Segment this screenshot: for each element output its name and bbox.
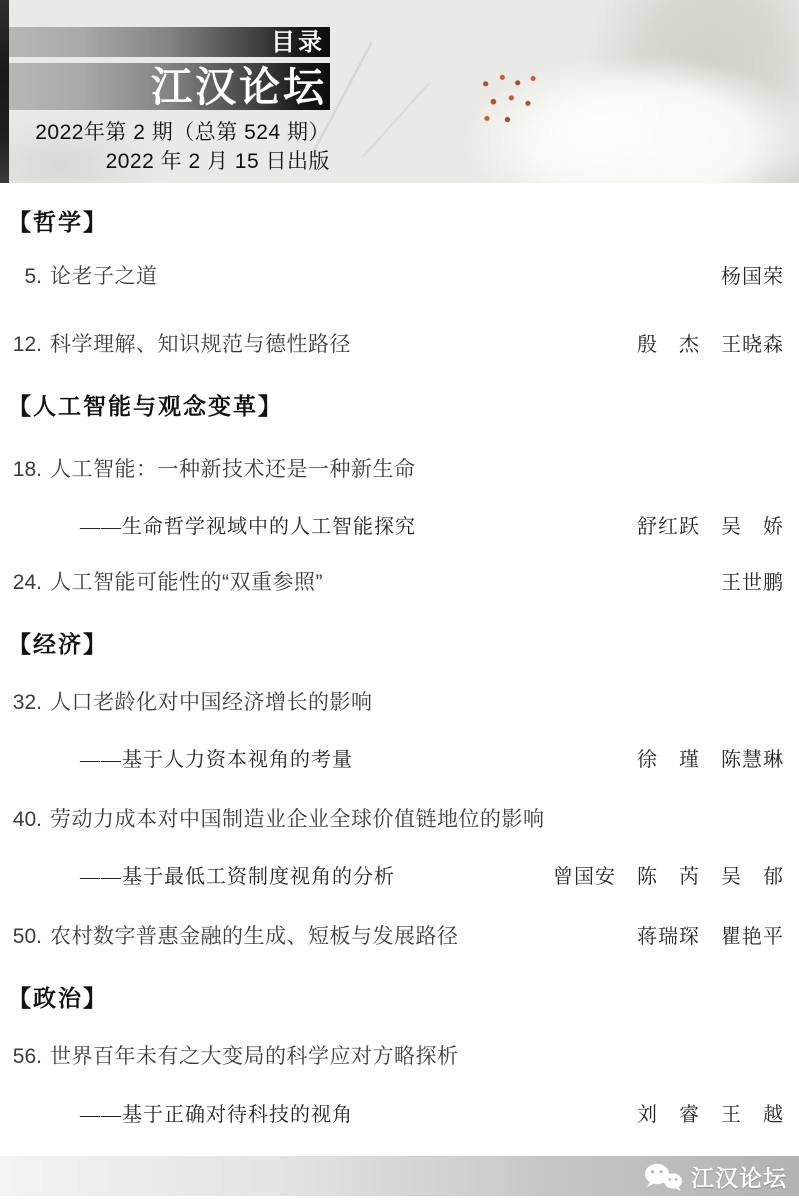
entry-page-number: 32. bbox=[8, 691, 42, 715]
toc-entry: 32. 人口老龄化对中国经济增长的影响 bbox=[8, 686, 784, 716]
journal-toc-page: 目录 江汉论坛 2022年第 2 期（总第 524 期） 2022 年 2 月 … bbox=[0, 0, 799, 1202]
wechat-icon bbox=[642, 1161, 684, 1193]
entry-subtitle: ——生命哲学视域中的人工智能探究 bbox=[80, 510, 416, 539]
publish-date: 2022 年 2 月 15 日出版 bbox=[9, 145, 330, 175]
entry-title: 农村数字普惠金融的生成、短板与发展路径 bbox=[50, 920, 459, 950]
journal-header: 目录 江汉论坛 2022年第 2 期（总第 524 期） 2022 年 2 月 … bbox=[0, 0, 799, 183]
entry-authors: 蒋瑞琛 瞿艳平 bbox=[637, 920, 784, 949]
entry-title: 人工智能：一种新技术还是一种新生命 bbox=[50, 453, 416, 483]
entry-authors: 王世鹏 bbox=[721, 566, 784, 595]
brand-name: 江汉论坛 bbox=[691, 1160, 787, 1193]
toc-banner: 目录 bbox=[9, 27, 330, 57]
entry-page-number: 5. bbox=[8, 265, 42, 289]
page-edge-shadow bbox=[0, 0, 9, 183]
entry-authors: 徐 瑾 陈慧琳 bbox=[637, 743, 784, 772]
entry-authors: 杨国荣 bbox=[721, 260, 784, 289]
stamen-dots bbox=[478, 72, 542, 126]
watercolor-branch-stroke bbox=[362, 82, 430, 158]
entry-title: 科学理解、知识规范与德性路径 bbox=[50, 328, 351, 358]
section-heading-philosophy: 【哲学】 bbox=[8, 204, 108, 237]
entry-subtitle: ——基于最低工资制度视角的分析 bbox=[80, 860, 395, 889]
journal-title: 江汉论坛 bbox=[151, 64, 327, 110]
entry-title: 人工智能可能性的“双重参照” bbox=[50, 566, 323, 596]
footer-brand-band: 江汉论坛 bbox=[0, 1156, 799, 1196]
toc-entry: 56. 世界百年未有之大变局的科学应对方略探析 bbox=[8, 1040, 784, 1070]
entry-page-number: 40. bbox=[8, 808, 42, 832]
journal-title-banner: 江汉论坛 bbox=[9, 63, 330, 110]
entry-page-number: 12. bbox=[8, 333, 42, 357]
brand-lockup: 江汉论坛 bbox=[642, 1160, 787, 1193]
toc-entry: 18. 人工智能：一种新技术还是一种新生命 bbox=[8, 453, 784, 483]
section-heading-economy: 【经济】 bbox=[8, 626, 108, 659]
entry-title: 世界百年未有之大变局的科学应对方略探析 bbox=[50, 1040, 459, 1070]
entry-authors: 殷 杰 王晓森 bbox=[637, 328, 784, 357]
toc-entry-subtitle-row: ——基于人力资本视角的考量 徐 瑾 陈慧琳 bbox=[8, 743, 784, 772]
entry-page-number: 56. bbox=[8, 1045, 42, 1069]
section-heading-ai: 【人工智能与观念变革】 bbox=[8, 388, 283, 421]
toc-label: 目录 bbox=[271, 29, 325, 56]
issue-info: 2022年第 2 期（总第 524 期） bbox=[9, 116, 330, 146]
entry-title: 人口老龄化对中国经济增长的影响 bbox=[50, 686, 373, 716]
toc-entry-subtitle-row: ——基于最低工资制度视角的分析 曾国安 陈 芮 吴 郁 bbox=[8, 860, 784, 889]
toc-entry: 24. 人工智能可能性的“双重参照” 王世鹏 bbox=[8, 566, 784, 596]
section-heading-politics: 【政治】 bbox=[8, 980, 108, 1013]
entry-authors: 舒红跃 吴 娇 bbox=[637, 510, 784, 539]
entry-authors: 刘 睿 王 越 bbox=[637, 1098, 784, 1127]
toc-entry: 5. 论老子之道 杨国荣 bbox=[8, 260, 784, 290]
toc-entry: 50. 农村数字普惠金融的生成、短板与发展路径 蒋瑞琛 瞿艳平 bbox=[8, 920, 784, 950]
toc-entry: 12. 科学理解、知识规范与德性路径 殷 杰 王晓森 bbox=[8, 328, 784, 358]
toc-entry-subtitle-row: ——基于正确对待科技的视角 刘 睿 王 越 bbox=[8, 1098, 784, 1127]
entry-title: 论老子之道 bbox=[50, 260, 158, 290]
entry-subtitle: ——基于人力资本视角的考量 bbox=[80, 743, 353, 772]
toc-entry-subtitle-row: ——生命哲学视域中的人工智能探究 舒红跃 吴 娇 bbox=[8, 510, 784, 539]
entry-page-number: 24. bbox=[8, 571, 42, 595]
entry-page-number: 50. bbox=[8, 925, 42, 949]
entry-authors: 曾国安 陈 芮 吴 郁 bbox=[553, 860, 784, 889]
entry-title: 劳动力成本对中国制造业企业全球价值链地位的影响 bbox=[50, 803, 545, 833]
entry-subtitle: ——基于正确对待科技的视角 bbox=[80, 1098, 353, 1127]
toc-entry: 40. 劳动力成本对中国制造业企业全球价值链地位的影响 bbox=[8, 803, 784, 833]
entry-page-number: 18. bbox=[8, 458, 42, 482]
